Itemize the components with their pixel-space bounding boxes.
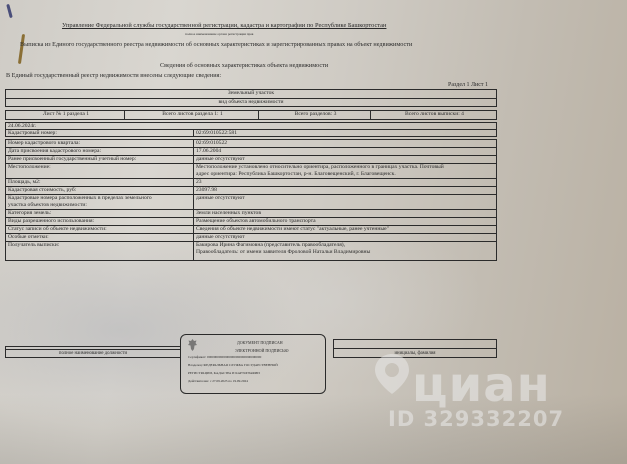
row-value: данные отсутствуют xyxy=(193,156,496,163)
stamp-subtitle: ЭЛЕКТРОННОЙ ПОДПИСЬЮ xyxy=(235,348,289,353)
table-row: Ранее присвоенный государственный учетны… xyxy=(6,156,496,164)
row-value: Земли населенных пунктов xyxy=(193,210,496,217)
sheet-number: Лист № 1 раздела 1 xyxy=(6,111,124,119)
sections-total: Всего разделов: 3 xyxy=(258,111,370,119)
row-label: Особые отметки: xyxy=(6,234,193,241)
extract-sheets-total: Всего листов выписки: 4 xyxy=(370,111,496,119)
row-value: Местоположение установлено относительно … xyxy=(196,164,496,171)
row-value: 23 xyxy=(193,179,496,186)
emblem-icon xyxy=(187,338,198,352)
electronic-signature-stamp: ДОКУМЕНТ ПОДПИСАН ЭЛЕКТРОННОЙ ПОДПИСЬЮ С… xyxy=(180,334,326,394)
table-row: Кадастровая стоимость, руб: 23097.98 xyxy=(6,187,496,195)
table-row: Кадастровые номера расположенных в преде… xyxy=(6,195,496,210)
date-cadastral-box: 24.06.2024г. Кадастровый номер: 02:69:01… xyxy=(5,122,497,137)
cian-watermark-id: ID 329332207 xyxy=(388,407,564,431)
pen-mark xyxy=(18,34,25,64)
table-row: Дата присвоения кадастрового номера: 17.… xyxy=(6,148,496,156)
row-label: Кадастровые номера расположенных в преде… xyxy=(8,195,193,202)
row-value: Бакирова Ирина Фагимовна (представитель … xyxy=(196,242,496,249)
row-value: 02:69:010522 xyxy=(193,140,496,147)
table-row: Виды разрешенного использования: Размеще… xyxy=(6,218,496,226)
row-label: Получатель выписки: xyxy=(6,242,193,260)
cian-watermark-logo: циан xyxy=(412,357,551,413)
cadastral-number-label: Кадастровый номер: xyxy=(6,130,193,137)
extract-date: 24.06.2024г. xyxy=(6,123,496,130)
row-label: Статус записи об объекте недвижимости: xyxy=(6,226,193,233)
row-value: Сведения об объекте недвижимости имеют с… xyxy=(193,226,496,233)
table-row: Площадь, м2: 23 xyxy=(6,179,496,187)
stamp-validity: Действителен: с 27.09.2023 по 19.09.2024 xyxy=(188,379,248,384)
section-sheet-label: Раздел 1 Лист 1 xyxy=(448,82,488,88)
table-row: Особые отметки: данные отсутствуют xyxy=(6,234,496,242)
stamp-owner: Владелец: ФЕДЕРАЛЬНАЯ СЛУЖБА ГОСУДАРСТВЕ… xyxy=(188,363,278,368)
table-row: Получатель выписки: Бакирова Ирина Фагим… xyxy=(6,242,496,260)
row-label: Номер кадастрового квартала: xyxy=(6,140,193,147)
cian-pin-icon xyxy=(372,352,412,396)
row-label: Виды разрешенного использования: xyxy=(6,218,193,225)
sheet-info-row: Лист № 1 раздела 1 Всего листов раздела … xyxy=(5,110,497,120)
row-label: Местоположение: xyxy=(6,164,193,178)
stamp-certificate: Сертификат: 0000000000000000000000000000… xyxy=(188,355,261,360)
row-label: Кадастровая стоимость, руб: xyxy=(6,187,193,194)
row-value-line2: адрес ориентира: Республика Башкортостан… xyxy=(196,171,496,178)
object-type: Земельный участок xyxy=(6,90,496,99)
extract-title: Выписка из Единого государственного реес… xyxy=(20,41,412,48)
row-value: 23097.98 xyxy=(193,187,496,194)
row-label: Площадь, м2: xyxy=(6,179,193,186)
table-row: Местоположение: Местоположение установле… xyxy=(6,164,496,179)
table-row: Категория земель: Земли населенных пункт… xyxy=(6,210,496,218)
characteristics-table: Номер кадастрового квартала: 02:69:01052… xyxy=(5,139,497,261)
agency-caption: полное наименование органа регистрации п… xyxy=(185,32,253,36)
row-value: данные отсутствуют xyxy=(193,234,496,241)
agency-name: Управление Федеральной службы государств… xyxy=(62,22,386,29)
object-type-box: Земельный участок вид объекта недвижимос… xyxy=(5,89,497,107)
row-value-line2: Правообладатель: от имени заявителя Фрол… xyxy=(196,249,496,256)
row-value: данные отсутствуют xyxy=(193,195,496,209)
table-row: Номер кадастрового квартала: 02:69:01052… xyxy=(6,140,496,148)
pen-mark xyxy=(6,4,13,18)
info-title: Сведения об основных характеристиках объ… xyxy=(160,62,328,69)
stamp-owner-line2: РЕГИСТРАЦИИ, КАДАСТРА И КАРТОГРАФИИ xyxy=(188,371,260,376)
object-type-caption: вид объекта недвижимости xyxy=(6,99,496,107)
row-value: 17.06.2004 xyxy=(193,148,496,155)
entered-note: В Единый государственный реестр недвижим… xyxy=(6,72,221,79)
position-caption: полное наименование должности xyxy=(5,349,181,358)
row-label: Ранее присвоенный государственный учетны… xyxy=(6,156,193,163)
section-sheets-total: Всего листов раздела 1: 1 xyxy=(124,111,258,119)
row-value: Размещение объектов автомобильного транс… xyxy=(193,218,496,225)
table-row: Статус записи об объекте недвижимости: С… xyxy=(6,226,496,234)
stamp-title: ДОКУМЕНТ ПОДПИСАН xyxy=(237,340,283,345)
row-label: Категория земель: xyxy=(6,210,193,217)
cadastral-number-value: 02:69:010522:581 xyxy=(193,130,496,137)
row-label: Дата присвоения кадастрового номера: xyxy=(6,148,193,155)
row-label-line2: участка объектов недвижимости: xyxy=(8,202,193,209)
